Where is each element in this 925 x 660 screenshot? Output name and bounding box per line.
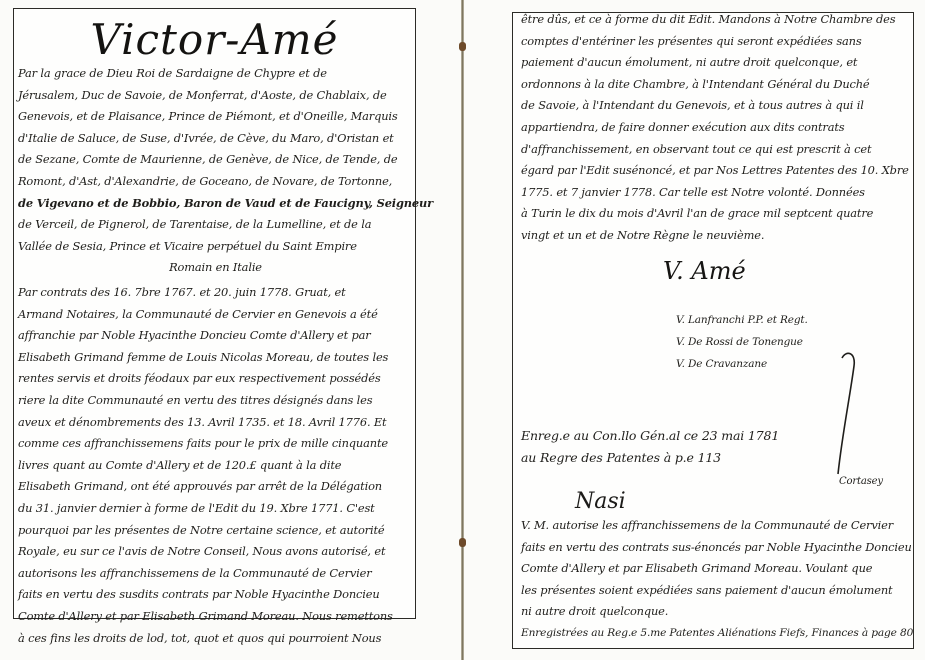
text-line: vingt et un et de Notre Règne le neuvièm… xyxy=(521,225,909,247)
text-line: appartiendra, de faire donner exécution … xyxy=(521,117,909,139)
signature-flourish-icon xyxy=(828,346,868,476)
text-line: V. M. autorise les affranchissemens de l… xyxy=(521,515,913,537)
text-line: de Verceil, de Pignerol, de Tarentaise, … xyxy=(18,214,433,236)
text-line: Comte d'Allery et par Elisabeth Grimand … xyxy=(18,606,393,628)
text-line: paiement d'aucun émolument, ni autre dro… xyxy=(521,52,909,74)
left-page: Victor-Amé Par la grace de Dieu Roi de S… xyxy=(13,8,416,619)
text-line: Armand Notaires, la Communauté de Cervie… xyxy=(18,304,393,326)
text-line: au Regre des Patentes à p.e 113 xyxy=(521,447,779,469)
text-line: Comte d'Allery et par Elisabeth Grimand … xyxy=(521,558,913,580)
text-line: Par la grace de Dieu Roi de Sardaigne de… xyxy=(18,63,433,85)
text-line: être dûs, et ce à forme du dit Edit. Man… xyxy=(521,9,909,31)
text-line: Enregistrées au Reg.e 5.me Patentes Alié… xyxy=(521,623,913,645)
page-title: Victor-Amé xyxy=(14,15,415,64)
text-line: d'Italie de Saluce, de Suse, d'Ivrée, de… xyxy=(18,128,433,150)
text-line: d'affranchissement, en observant tout ce… xyxy=(521,139,909,161)
text-line: Vallée de Sesia, Prince et Vicaire perpé… xyxy=(18,236,433,258)
text-line: Genevois, et de Plaisance, Prince de Pié… xyxy=(18,106,433,128)
text-line: de Savoie, à l'Intendant du Genevois, et… xyxy=(521,95,909,117)
text-line: à ces fins les droits de lod, tot, quot … xyxy=(18,628,393,650)
text-line: égard par l'Edit susénoncé, et par Nos L… xyxy=(521,160,909,182)
text-line: de Sezane, Comte de Maurienne, de Genève… xyxy=(18,149,433,171)
registration-note: Enreg.e au Con.llo Gén.al ce 23 mai 1781… xyxy=(521,425,779,469)
registrar-signature: Nasi xyxy=(575,489,626,514)
text-line: livres quant au Comte d'Allery et de 120… xyxy=(18,455,393,477)
text-line: riere la dite Communauté en vertu des ti… xyxy=(18,390,393,412)
text-line: Par contrats des 16. 7bre 1767. et 20. j… xyxy=(18,282,393,304)
text-line: ni autre droit quelconque. xyxy=(521,601,913,623)
countersignature: V. Lanfranchi P.P. et Regt. xyxy=(676,309,808,331)
text-line: pourquoi par les présentes de Notre cert… xyxy=(18,520,393,542)
text-line: comptes d'entériner les présentes qui se… xyxy=(521,31,909,53)
text-line: rentes servis et droits féodaux par eux … xyxy=(18,368,393,390)
countersignatures: V. Lanfranchi P.P. et Regt. V. De Rossi … xyxy=(676,309,808,375)
text-line: Romain en Italie xyxy=(18,257,413,279)
text-line: du 31. janvier dernier à forme de l'Edit… xyxy=(18,498,393,520)
royal-intitulation: Par la grace de Dieu Roi de Sardaigne de… xyxy=(18,63,433,279)
text-line: Royale, eu sur ce l'avis de Notre Consei… xyxy=(18,541,393,563)
right-page: être dûs, et ce à forme du dit Edit. Man… xyxy=(512,12,914,649)
main-body: Par contrats des 16. 7bre 1767. et 20. j… xyxy=(18,282,393,649)
binding-knot xyxy=(459,538,466,547)
text-line: Elisabeth Grimand, ont été approuvés par… xyxy=(18,476,393,498)
main-body-continued: être dûs, et ce à forme du dit Edit. Man… xyxy=(521,9,909,247)
binding-thread xyxy=(461,0,464,660)
text-line: Romont, d'Ast, d'Alexandrie, de Goceano,… xyxy=(18,171,433,193)
summary-note: V. M. autorise les affranchissemens de l… xyxy=(521,515,913,645)
document-spread: Victor-Amé Par la grace de Dieu Roi de S… xyxy=(0,0,925,660)
text-line: affranchie par Noble Hyacinthe Doncieu C… xyxy=(18,325,393,347)
margin-signature: Cortasey xyxy=(839,471,883,493)
text-line: Elisabeth Grimand femme de Louis Nicolas… xyxy=(18,347,393,369)
countersignature: V. De Rossi de Tonengue xyxy=(676,331,808,353)
text-line: les présentes soient expédiées sans paie… xyxy=(521,580,913,602)
text-line: comme ces affranchissemens faits pour le… xyxy=(18,433,393,455)
text-line: autorisons les affranchissemens de la Co… xyxy=(18,563,393,585)
binding-knot xyxy=(459,42,466,51)
text-line: Jérusalem, Duc de Savoie, de Monferrat, … xyxy=(18,85,433,107)
text-line: ordonnons à la dite Chambre, à l'Intenda… xyxy=(521,74,909,96)
countersignature: V. De Cravanzane xyxy=(676,353,808,375)
text-line: faits en vertu des susdits contrats par … xyxy=(18,584,393,606)
royal-signature: V. Amé xyxy=(663,257,746,285)
text-line: aveux et dénombrements des 13. Avril 173… xyxy=(18,412,393,434)
text-line: 1775. et 7 janvier 1778. Car telle est N… xyxy=(521,182,909,204)
text-line: de Vigevano et de Bobbio, Baron de Vaud … xyxy=(18,193,433,215)
text-line: à Turin le dix du mois d'Avril l'an de g… xyxy=(521,203,909,225)
text-line: faits en vertu des contrats sus-énoncés … xyxy=(521,537,913,559)
text-line: Enreg.e au Con.llo Gén.al ce 23 mai 1781 xyxy=(521,425,779,447)
